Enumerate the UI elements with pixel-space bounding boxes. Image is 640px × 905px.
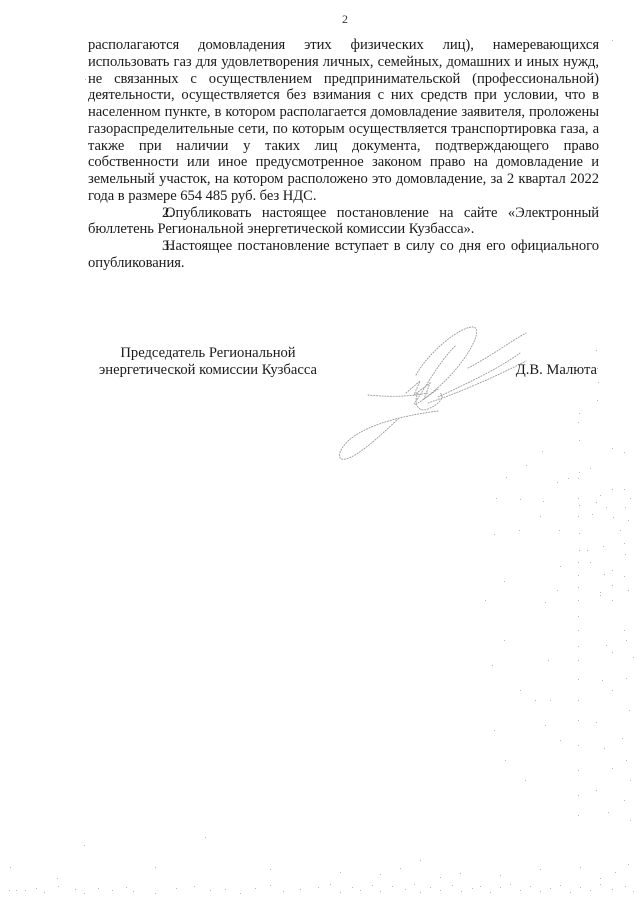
item-text: Опубликовать настоящее постановление на … xyxy=(88,205,599,238)
paragraph-continuation: располагаются домовладения этих физическ… xyxy=(88,37,599,205)
signature-block: Председатель Региональной энергетической… xyxy=(88,345,599,465)
handwritten-signature xyxy=(288,323,528,463)
signatory-name: Д.В. Малюта xyxy=(516,362,597,379)
paragraph-item-3: 3.Настоящее постановление вступает в сил… xyxy=(88,238,599,272)
item-number: 3. xyxy=(125,238,165,255)
item-number: 2. xyxy=(125,205,165,222)
document-page: 2 располагаются домовладения этих физиче… xyxy=(0,0,640,905)
item-text: Настоящее постановление вступает в силу … xyxy=(88,238,599,271)
page-number: 2 xyxy=(0,12,640,27)
document-body: располагаются домовладения этих физическ… xyxy=(88,37,599,272)
paragraph-item-2: 2.Опубликовать настоящее постановление н… xyxy=(88,205,599,239)
